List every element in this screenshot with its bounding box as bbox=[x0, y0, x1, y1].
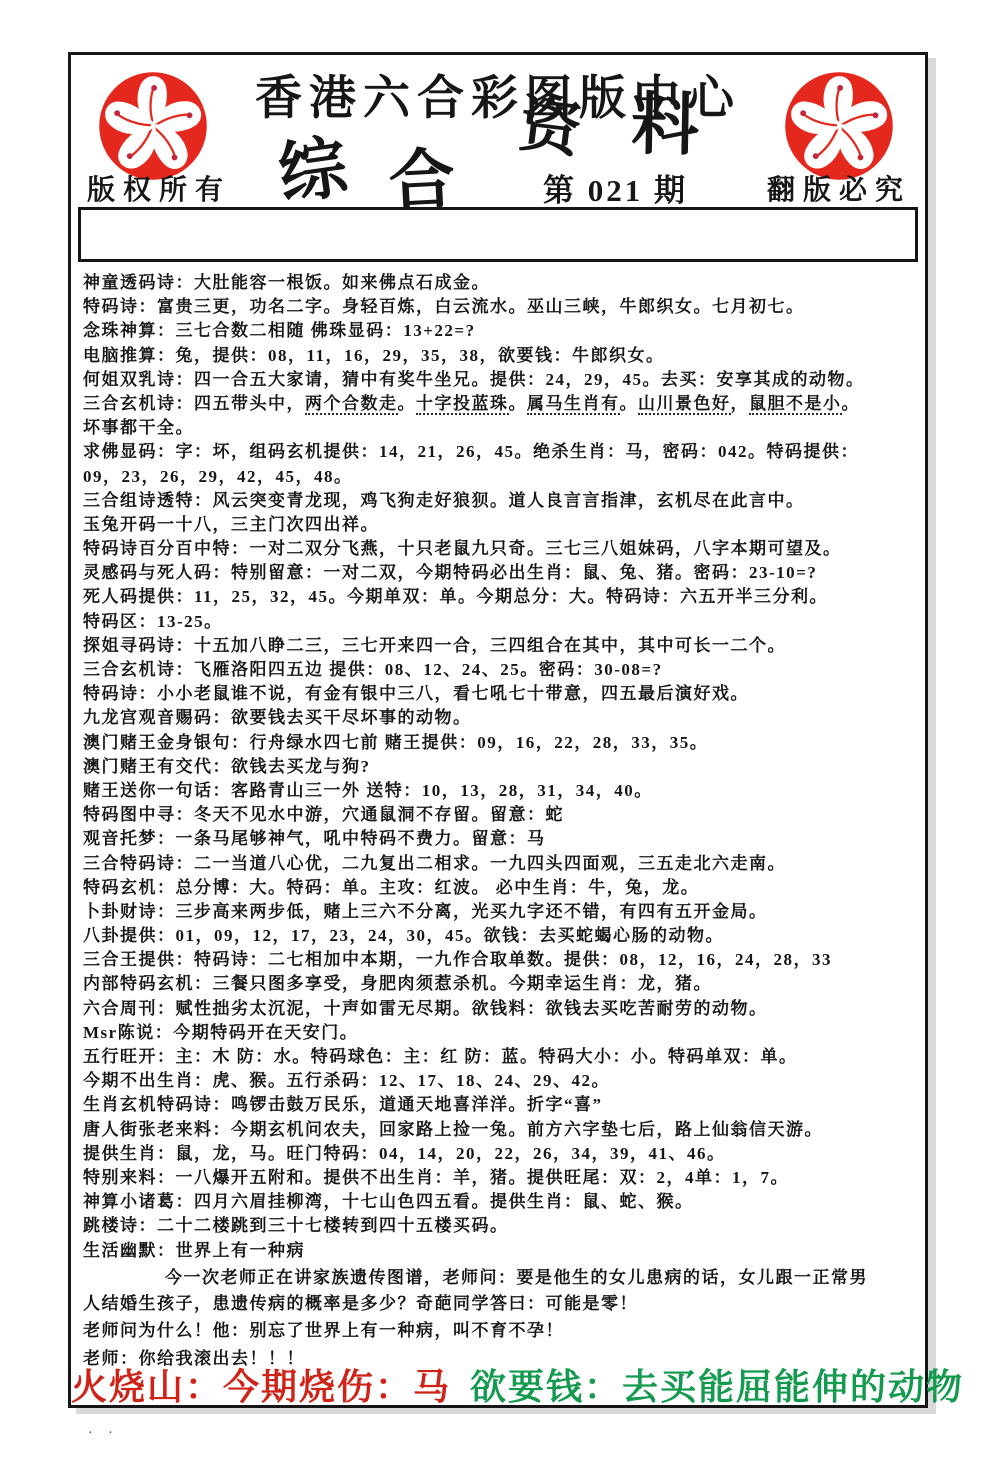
text-line: 特码图中寻：冬天不见水中游，穴通鼠洞不存留。留意：蛇 bbox=[83, 803, 917, 827]
phrase: 。 bbox=[620, 394, 639, 413]
text-line: 内部特码玄机：三餐只图多享受，身肥肉须惹杀机。今期幸运生肖：龙，猪。 bbox=[83, 972, 917, 996]
anti-piracy-note: 翻版必究 bbox=[767, 168, 911, 208]
bottom-banner: 火烧山：今期烧伤：马 欲要钱：去买能屈能伸的动物 bbox=[71, 1367, 925, 1407]
text-line: 何姐双乳诗：四一合五大家请，猜中有奖牛坐兄。提供：24，29，45。去买：安享其… bbox=[83, 368, 917, 392]
text-line: 五行旺开：主：木 防：水。特码球色：主：红 防：蓝。特码大小：小。特码单双：单。 bbox=[83, 1045, 917, 1069]
phrase: 。 bbox=[842, 394, 861, 413]
text-line: 特码区：13-25。 bbox=[83, 610, 917, 634]
banner-red-text: 火烧山：今期烧伤：马 bbox=[71, 1367, 451, 1407]
text-line: 六合周刊：赋性拙劣太沉泥，十声如雷无尽期。欲钱料：欲钱去买吃苦耐劳的动物。 bbox=[83, 997, 917, 1021]
text-line: 三合王提供：特码诗：二七相加中本期，一九作合取单数。提供：08，12，16，24… bbox=[83, 948, 917, 972]
blank-framed-box bbox=[78, 207, 918, 262]
text-line: 灵感码与死人码：特别留意：一对二双，今期特码必出生肖：鼠、兔、猪。密码：23-1… bbox=[83, 561, 917, 585]
text-line: 特码诗百分百中特：一对二双分飞燕，十只老鼠九只奇。三七三八姐妹码，八字本期可望及… bbox=[83, 537, 917, 561]
text-line: 提供生肖：鼠，龙，马。旺门特码：04，14，20，22，26，34，39，41、… bbox=[83, 1142, 917, 1166]
text-line: 卜卦财诗：三步高来两步低，赌上三六不分离，光买九字还不错，有四有五开金局。 bbox=[83, 900, 917, 924]
text-line: 神童透码诗：大肚能容一根饭。如来佛点石成金。 bbox=[83, 271, 917, 295]
content-lines: 神童透码诗：大肚能容一根饭。如来佛点石成金。特码诗：富贵三更，功名二字。身轻百炼… bbox=[83, 271, 917, 1372]
calligraphy-title-char: 料 bbox=[630, 90, 699, 159]
text-line: 神算小诸葛：四月六眉挂柳湾，十七山色四五看。提供生肖：鼠、蛇、猴。 bbox=[83, 1190, 917, 1214]
calligraphy-title-char: 综 bbox=[275, 133, 352, 210]
text-line: 电脑推算：兔，提供：08，11，16，29，35，38，欲要钱：牛郎织女。 bbox=[83, 344, 917, 368]
text-line: 念珠神算：三七合数二相随 佛珠显码：13+22=? bbox=[83, 319, 917, 343]
phrase: 。 bbox=[398, 394, 417, 413]
text-line: 死人码提供：11，25，32，45。今期单双：单。今期总分：大。特码诗：六五开半… bbox=[83, 585, 917, 609]
lottery-info-sheet: 香港六合彩图版中心 综 合 资 料 第 021 期 版权所有 翻版必究 神童透码… bbox=[68, 52, 928, 1408]
underlined-phrase: 十字投蓝珠 bbox=[416, 394, 509, 415]
text-line: 九龙宫观音赐码：欲要钱去买干尽坏事的动物。 bbox=[83, 706, 917, 730]
underlined-phrase: 山川景色好 bbox=[638, 394, 731, 415]
text-line: 唐人街张老来料：今期玄机问农夫，回家路上捡一兔。前方六字垫七后，路上仙翁信天游。 bbox=[83, 1118, 917, 1142]
text-line: 探姐寻码诗：十五加八睁二三，三七开来四一合，三四组合在其中，其中可长一二个。 bbox=[83, 634, 917, 658]
text-line: 老师问为什么！他：别忘了世界上有一种病，叫不育不孕！ bbox=[83, 1317, 917, 1345]
text-line: 生肖玄机特码诗：鸣锣击鼓万民乐，道通天地喜洋洋。折字“喜” bbox=[83, 1093, 917, 1117]
banner-green-text: 欲要钱：去买能屈能伸的动物 bbox=[470, 1367, 964, 1407]
text-line: 三合组诗透特：风云突变青龙现，鸡飞狗走好狼狈。道人良言言指津，玄机尽在此言中。 bbox=[83, 489, 917, 513]
text-line: 求佛显码：字：坏，组码玄机提供：14，21，26，45。绝杀生肖：马，密码：04… bbox=[83, 440, 917, 464]
underlined-phrase: 鼠胆不是小 bbox=[749, 394, 842, 415]
text-line: 生活幽默：世界上有一种病 bbox=[83, 1239, 917, 1263]
text-line: 今一次老师正在讲家族遗传图谱，老师问：要是他生的女儿患病的话，女儿跟一正常男 bbox=[83, 1266, 917, 1290]
text-line: 八卦提供：01，09，12，17，23，24，30，45。欲钱：去买蛇蝎心肠的动… bbox=[83, 924, 917, 948]
text-line: 赌王送你一句话：客路青山三一外 送特：10，13，28，31，34，40。 bbox=[83, 779, 917, 803]
text-line: 澳门赌王金身银句：行舟绿水四七前 赌王提供：09，16，22，28，33，35。 bbox=[83, 731, 917, 755]
calligraphy-title-char: 资 bbox=[515, 93, 584, 162]
text-line: 三合玄机诗：四五带头中，两个合数走。十字投蓝珠。属马生肖有。山川景色好，鼠胆不是… bbox=[83, 392, 917, 416]
text-line: 特码玄机：总分博：大。特码：单。主攻：红波。 必中生肖：牛，兔，龙。 bbox=[83, 876, 917, 900]
copyright-note: 版权所有 bbox=[87, 168, 231, 208]
text-line: 人结婚生孩子，患遗传病的概率是多少？奇葩同学答曰：可能是零！ bbox=[83, 1290, 917, 1318]
text-line: 澳门赌王有交代：欲钱去买龙与狗? bbox=[83, 755, 917, 779]
text-line: 三合玄机诗：飞雁洛阳四五边 提供：08、12、24、25。密码：30-08=? bbox=[83, 658, 917, 682]
text-line: 特码诗：小小老鼠谁不说，有金有银中三八，看七吼七十带意，四五最后演好戏。 bbox=[83, 682, 917, 706]
text-line: Msr陈说：今期特码开在天安门。 bbox=[83, 1021, 917, 1045]
phrase: 。 bbox=[509, 394, 528, 413]
underlined-phrase: 两个合数走 bbox=[305, 394, 398, 415]
text-line: 跳楼诗：二十二楼跳到三十七楼转到四十五楼买码。 bbox=[83, 1214, 917, 1238]
page-title: 香港六合彩图版中心 bbox=[71, 61, 925, 128]
text-line: 特别来料：一八爆开五附和。提供不出生肖：羊，猪。提供旺尾：双：2，4单：1，7。 bbox=[83, 1166, 917, 1190]
text-line: 09，23，26，29，42，45，48。 bbox=[83, 465, 917, 489]
phrase: ， bbox=[731, 394, 750, 413]
phrase: 三合玄机诗：四五带头中， bbox=[83, 394, 305, 413]
text-line: 今期不出生肖：虎、猴。五行杀码：12、17、18、24、29、42。 bbox=[83, 1069, 917, 1093]
text-line: 玉兔开码一十八，三主门次四出祥。 bbox=[83, 513, 917, 537]
underlined-phrase: 属马生肖有 bbox=[527, 394, 620, 415]
text-line: 观音托梦：一条马尾够神气，吼中特码不费力。留意：马 bbox=[83, 827, 917, 851]
scan-artifact-dots: · · bbox=[88, 1426, 119, 1442]
text-line: 三合特码诗：二一当道八心优，二九复出二相求。一九四头四面观，三五走北六走南。 bbox=[83, 852, 917, 876]
sheet-header: 香港六合彩图版中心 综 合 资 料 第 021 期 版权所有 翻版必究 bbox=[71, 55, 925, 205]
issue-number: 第 021 期 bbox=[543, 165, 688, 210]
text-line: 特码诗：富贵三更，功名二字。身轻百炼，白云流水。巫山三峡，牛郎织女。七月初七。 bbox=[83, 295, 917, 319]
text-line: 坏事都干全。 bbox=[83, 416, 917, 440]
